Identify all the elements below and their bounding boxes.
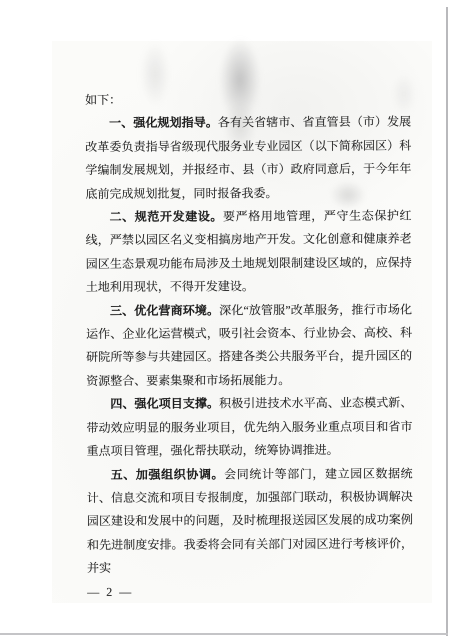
intro-fragment-line: 如下： [85, 88, 411, 113]
document-text-block: 如下： 一、强化规划指导。各有关省辖市、省直管县（市）发展改革委负责指导省级现代… [85, 88, 413, 604]
section-3-heading: 三、优化营商环境。 [110, 303, 219, 317]
section-paragraph-1: 一、强化规划指导。各有关省辖市、省直管县（市）发展改革委负责指导省级现代服务业专… [85, 111, 411, 206]
section-paragraph-3: 三、优化营商环境。深化“放管服”改革服务，推行市场化运作、企业化运营模式，吸引社… [86, 298, 412, 393]
section-paragraph-4: 四、强化项目支撑。积极引进技术水平高、业态模式新、带动效应明显的服务业项目，优先… [86, 392, 412, 464]
section-5-body: 会同统计等部门，建立园区数据统计、信息交流和项目专报制度，加强部门联动，积极协调… [87, 466, 413, 575]
section-2-heading: 二、规范开发建设。 [110, 209, 224, 223]
section-5-heading: 五、加强组织协调。 [111, 467, 225, 481]
section-4-heading: 四、强化项目支撑。 [110, 397, 219, 411]
section-1-heading: 一、强化规划指导。 [109, 116, 218, 130]
paper-sheet: 如下： 一、强化规划指导。各有关省辖市、省直管县（市）发展改革委负责指导省级现代… [52, 41, 432, 603]
section-paragraph-2: 二、规范开发建设。要严格用地管理，严守生态保护红线，严禁以园区名义变相搞房地产开… [86, 205, 412, 300]
scan-edge-bottom [0, 633, 448, 635]
scanned-document-screenshot: 如下： 一、强化规划指导。各有关省辖市、省直管县（市）发展改革委负责指导省级现代… [0, 0, 453, 640]
page-number: — 2 — [87, 579, 413, 604]
scan-edge-right [446, 7, 448, 636]
section-paragraph-5: 五、加强组织协调。会同统计等部门，建立园区数据统计、信息交流和项目专报制度，加强… [87, 462, 414, 580]
